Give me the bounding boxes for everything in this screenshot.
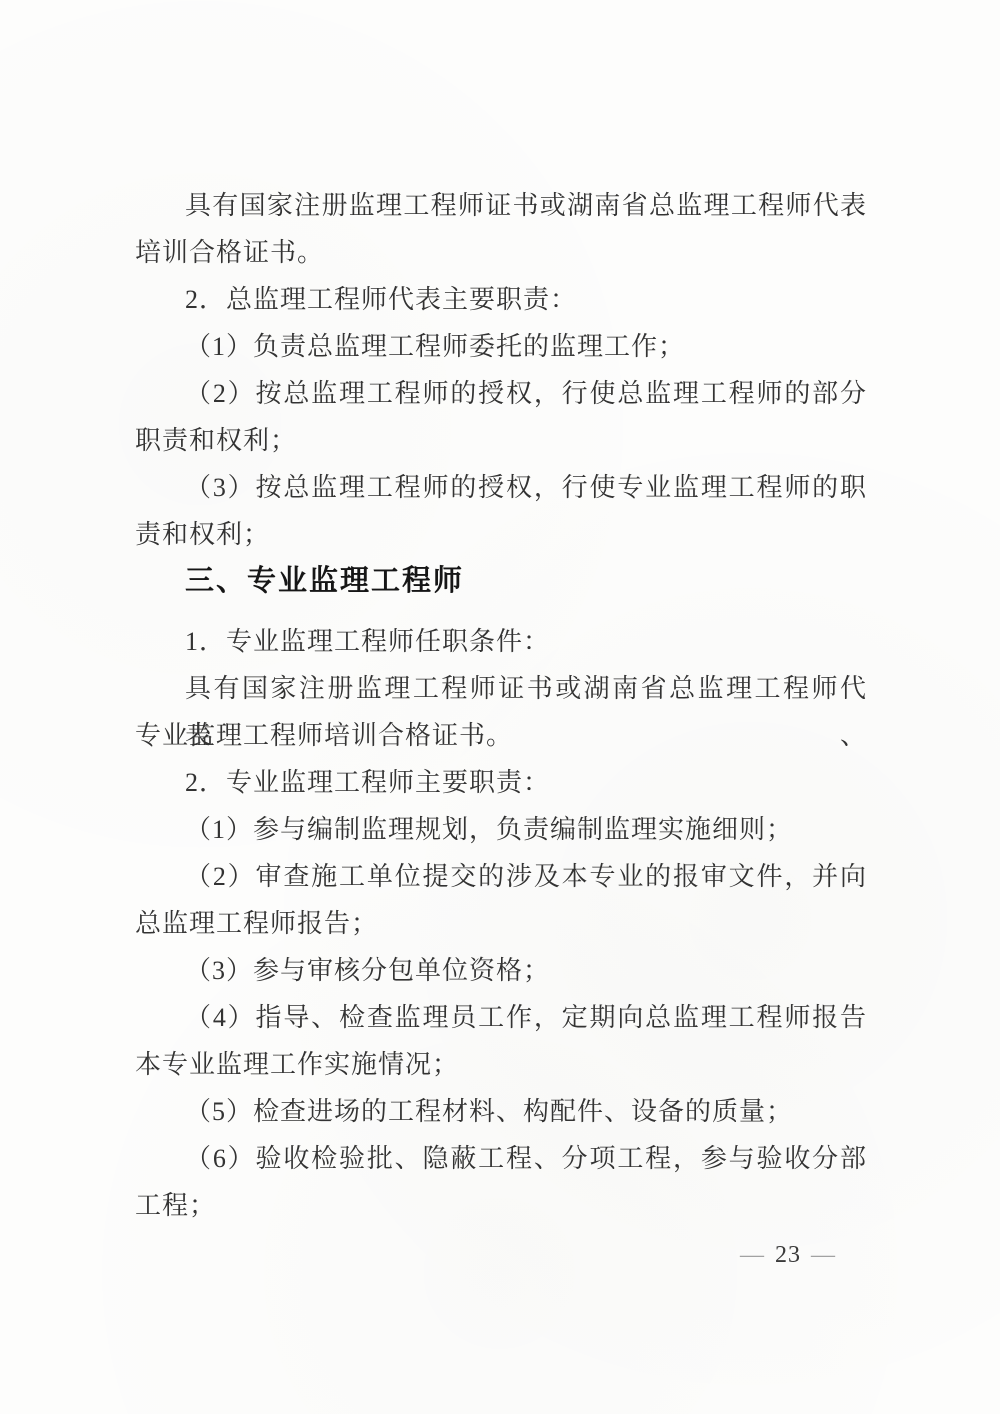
- text-line: 责和权利；: [135, 511, 867, 558]
- text-line: 2．总监理工程师代表主要职责：: [135, 276, 867, 323]
- page-footer: —23—: [734, 1240, 842, 1270]
- text-line: （4）指导、检查监理员工作，定期向总监理工程师报告: [135, 994, 867, 1041]
- text-line: （1）参与编制监理规划，负责编制监理实施细则；: [135, 806, 867, 853]
- text-line: （6）验收检验批、隐蔽工程、分项工程，参与验收分部: [135, 1135, 867, 1182]
- text-line: （3）参与审核分包单位资格；: [135, 947, 867, 994]
- text-line: 具有国家注册监理工程师证书或湖南省总监理工程师代表、: [135, 665, 867, 712]
- text-line: （1）负责总监理工程师委托的监理工作；: [135, 323, 867, 370]
- text-line: 1．专业监理工程师任职条件：: [135, 618, 867, 665]
- page-number: 23: [771, 1242, 805, 1268]
- text-line: （2）按总监理工程师的授权，行使总监理工程师的部分: [135, 370, 867, 417]
- document-page: 具有国家注册监理工程师证书或湖南省总监理工程师代表培训合格证书。2．总监理工程师…: [0, 0, 1000, 1414]
- text-line: （2）审查施工单位提交的涉及本专业的报审文件，并向: [135, 853, 867, 900]
- text-line: （5）检查进场的工程材料、构配件、设备的质量；: [135, 1088, 867, 1135]
- text-line: （3）按总监理工程师的授权，行使专业监理工程师的职: [135, 464, 867, 511]
- text-line: 具有国家注册监理工程师证书或湖南省总监理工程师代表: [135, 182, 867, 229]
- text-line: 工程；: [135, 1182, 867, 1229]
- page-number-dash-left: —: [734, 1242, 771, 1268]
- section-heading: 三、专业监理工程师: [135, 558, 867, 605]
- document-body: 具有国家注册监理工程师证书或湖南省总监理工程师代表培训合格证书。2．总监理工程师…: [135, 182, 867, 1229]
- page-number-dash-right: —: [805, 1242, 842, 1268]
- text-line: 总监理工程师报告；: [135, 900, 867, 947]
- text-line: 本专业监理工作实施情况；: [135, 1041, 867, 1088]
- text-line: 2．专业监理工程师主要职责：: [135, 759, 867, 806]
- text-line: 培训合格证书。: [135, 229, 867, 276]
- text-line: 职责和权利；: [135, 417, 867, 464]
